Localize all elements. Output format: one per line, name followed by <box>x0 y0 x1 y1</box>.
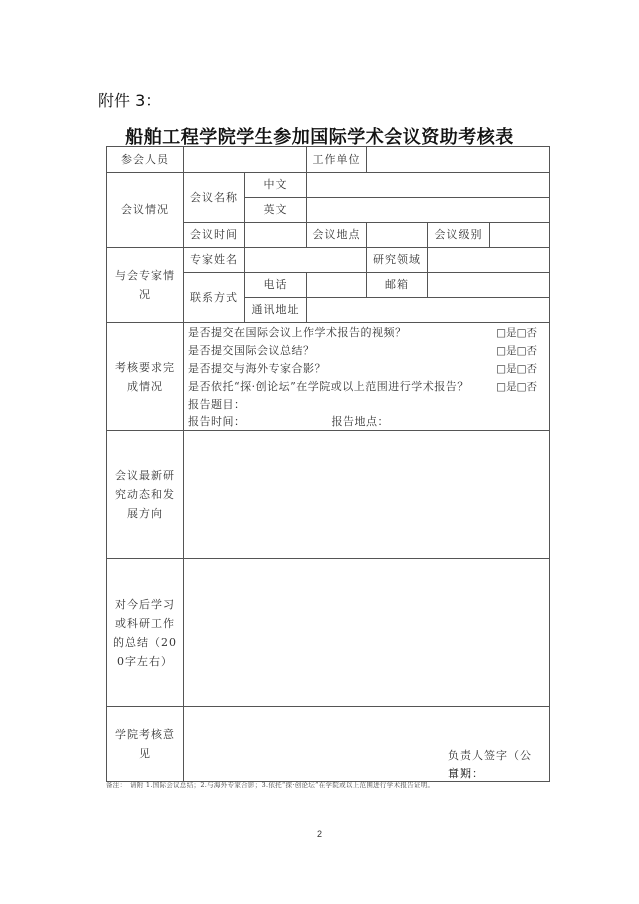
research-field-field[interactable] <box>428 248 550 273</box>
participant-label: 参会人员 <box>107 147 184 173</box>
college-review-label: 学院考核意见 <box>107 707 184 782</box>
research-field-label: 研究领域 <box>367 248 428 273</box>
contact-label: 联系方式 <box>184 273 245 323</box>
footnote: 备注： 请附 1.国际会议总结；2.与海外专家合影；3.依托“探·创论坛”在学院… <box>106 780 434 789</box>
summary-label: 对今后学习或科研工作的总结（200字左右） <box>107 559 184 707</box>
expert-name-row: 与会专家情况 专家姓名 研究领域 <box>107 248 550 273</box>
yes-checkbox[interactable]: □是 <box>496 381 516 393</box>
email-label: 邮箱 <box>367 273 428 298</box>
requirements-section-label: 考核要求完成情况 <box>107 323 184 431</box>
college-review-field[interactable]: 负责人签字（公章）： 日期： <box>184 707 550 782</box>
attachment-label: 附件 3： <box>98 88 161 111</box>
participant-row: 参会人员 工作单位 <box>107 147 550 173</box>
english-name-label: 英文 <box>245 198 307 223</box>
assessment-form-table: 参会人员 工作单位 会议情况 会议名称 中文 英文 会议时间 会议地点 会议级别… <box>106 146 550 782</box>
expert-name-label: 专家姓名 <box>184 248 245 273</box>
no-checkbox[interactable]: □否 <box>517 363 537 375</box>
address-label: 通讯地址 <box>245 298 307 323</box>
requirement-question: 是否提交与海外专家合影？ <box>188 361 326 376</box>
latest-research-field[interactable] <box>184 431 550 559</box>
signature-block: 负责人签字（公章）： 日期： <box>448 747 549 783</box>
conference-chinese-row: 会议情况 会议名称 中文 <box>107 173 550 198</box>
report-title-label: 报告题目： <box>188 398 246 411</box>
conference-time-label: 会议时间 <box>184 223 245 248</box>
report-time-place-line[interactable]: 报告时间：报告地点： <box>184 413 549 430</box>
english-name-field[interactable] <box>307 198 550 223</box>
phone-label: 电话 <box>245 273 307 298</box>
phone-field[interactable] <box>307 273 367 298</box>
requirement-item: 是否提交与海外专家合影？ □是□否 <box>184 360 549 378</box>
conference-location-field[interactable] <box>367 223 428 248</box>
conference-section-label: 会议情况 <box>107 173 184 248</box>
college-review-row: 学院考核意见 负责人签字（公章）： 日期： <box>107 707 550 782</box>
latest-research-row: 会议最新研究动态和发展方向 <box>107 431 550 559</box>
conference-time-field[interactable] <box>245 223 307 248</box>
requirements-row: 考核要求完成情况 是否提交在国际会议上作学术报告的视频？ □是□否 是否提交国际… <box>107 323 550 431</box>
requirements-content: 是否提交在国际会议上作学术报告的视频？ □是□否 是否提交国际会议总结？ □是□… <box>184 323 550 431</box>
chinese-name-label: 中文 <box>245 173 307 198</box>
requirement-item: 是否提交国际会议总结？ □是□否 <box>184 342 549 360</box>
summary-row: 对今后学习或科研工作的总结（200字左右） <box>107 559 550 707</box>
participant-field[interactable] <box>184 147 307 173</box>
expert-name-field[interactable] <box>245 248 367 273</box>
no-checkbox[interactable]: □否 <box>517 381 537 393</box>
summary-field[interactable] <box>184 559 550 707</box>
address-field[interactable] <box>307 298 550 323</box>
chinese-name-field[interactable] <box>307 173 550 198</box>
requirement-item: 是否依托“探·创论坛”在学院或以上范围进行学术报告？ □是□否 <box>184 378 549 396</box>
no-checkbox[interactable]: □否 <box>517 345 537 357</box>
email-field[interactable] <box>428 273 550 298</box>
no-checkbox[interactable]: □否 <box>517 327 537 339</box>
requirement-question: 是否提交在国际会议上作学术报告的视频？ <box>188 325 407 340</box>
signature-label: 负责人签字（公章）： <box>448 747 549 765</box>
conference-level-field[interactable] <box>490 223 550 248</box>
work-unit-field[interactable] <box>367 147 550 173</box>
report-title-line[interactable]: 报告题目： <box>184 396 549 413</box>
report-place-label: 报告地点： <box>332 415 390 428</box>
date-label: 日期： <box>448 765 549 783</box>
work-unit-label: 工作单位 <box>307 147 367 173</box>
conference-location-label: 会议地点 <box>307 223 367 248</box>
yes-checkbox[interactable]: □是 <box>496 363 516 375</box>
experts-section-label: 与会专家情况 <box>107 248 184 323</box>
requirement-question: 是否依托“探·创论坛”在学院或以上范围进行学术报告？ <box>188 379 469 394</box>
report-time-label: 报告时间： <box>188 415 246 428</box>
yes-checkbox[interactable]: □是 <box>496 327 516 339</box>
conference-level-label: 会议级别 <box>428 223 490 248</box>
page-number: 2 <box>0 829 639 839</box>
latest-research-label: 会议最新研究动态和发展方向 <box>107 431 184 559</box>
requirement-question: 是否提交国际会议总结？ <box>188 343 315 358</box>
requirement-item: 是否提交在国际会议上作学术报告的视频？ □是□否 <box>184 324 549 342</box>
yes-checkbox[interactable]: □是 <box>496 345 516 357</box>
conference-name-label: 会议名称 <box>184 173 245 223</box>
